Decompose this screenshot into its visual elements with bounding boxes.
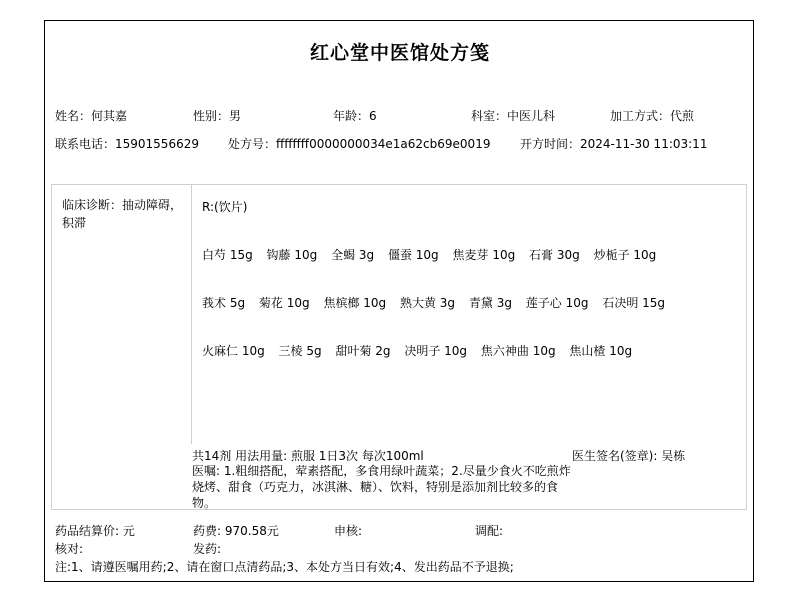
prescription-number: 处方号：ffffffff0000000034e1a62cb69e0019	[228, 137, 490, 151]
usage-dosage: 共14剂 用法用量: 煎服 1日3次 每次100ml	[192, 447, 424, 464]
herb-item: 决明子 10g	[404, 344, 467, 358]
rx-header: R:(饮片)	[202, 198, 247, 215]
herb-row-2: 莪术 5g 菊花 10g 焦槟榔 10g 熟大黄 3g 青黛 3g 莲子心 10…	[202, 294, 675, 311]
department: 科室：中医儿科	[471, 109, 555, 123]
patient-age: 年龄：6	[333, 109, 377, 123]
drug-fee: 药费: 970.58元	[193, 524, 279, 538]
doctor-signature: 医生签名(签章): 吴栋	[572, 447, 685, 464]
patient-name: 姓名：何其嘉	[55, 109, 127, 123]
herb-item: 三棱 5g	[279, 344, 322, 358]
herb-item: 熟大黄 3g	[400, 296, 455, 310]
settlement-price: 药品结算价: 元	[55, 524, 135, 538]
herb-item: 钩藤 10g	[267, 248, 318, 262]
herb-row-3: 火麻仁 10g 三棱 5g 甜叶菊 2g 决明子 10g 焦六神曲 10g 焦山…	[202, 342, 642, 359]
check-field: 核对:	[55, 542, 83, 556]
herb-item: 焦麦芽 10g	[453, 248, 516, 262]
page-title: 红心堂中医馆处方笺	[0, 38, 800, 65]
process-method: 加工方式：代煎	[610, 109, 694, 123]
dispense-field: 调配:	[475, 524, 503, 538]
herb-item: 炒栀子 10g	[594, 248, 657, 262]
herb-item: 焦槟榔 10g	[323, 296, 386, 310]
herb-item: 石决明 15g	[602, 296, 665, 310]
herb-item: 青黛 3g	[469, 296, 512, 310]
prescription-time: 开方时间：2024-11-30 11:03:11	[520, 137, 707, 151]
herb-item: 火麻仁 10g	[202, 344, 265, 358]
patient-gender: 性别：男	[193, 109, 241, 123]
herb-item: 石膏 30g	[529, 248, 580, 262]
herb-item: 莪术 5g	[202, 296, 245, 310]
herb-item: 焦山楂 10g	[569, 344, 632, 358]
herb-item: 甜叶菊 2g	[335, 344, 390, 358]
herb-item: 焦六神曲 10g	[481, 344, 556, 358]
review-field: 申核:	[334, 524, 362, 538]
herb-item: 全蝎 3g	[331, 248, 374, 262]
herb-item: 莲子心 10g	[526, 296, 589, 310]
footer-note: 注:1、请遵医嘱用药;2、请在窗口点清药品;3、本处方当日有效;4、发出药品不予…	[55, 560, 514, 574]
contact-phone: 联系电话：15901556629	[55, 137, 199, 151]
herb-row-1: 白芍 15g 钩藤 10g 全蝎 3g 僵蚕 10g 焦麦芽 10g 石膏 30…	[202, 246, 666, 263]
medical-advice: 医嘱: 1.粗细搭配，荤素搭配，多食用绿叶蔬菜；2.尽量少食火不吃煎炸烧烤、甜食…	[192, 463, 577, 511]
herb-item: 白芍 15g	[202, 248, 253, 262]
issue-field: 发药:	[193, 542, 221, 556]
clinical-diagnosis: 临床诊断：抽动障碍，积滞	[62, 196, 186, 232]
herb-item: 菊花 10g	[259, 296, 310, 310]
herb-item: 僵蚕 10g	[388, 248, 439, 262]
